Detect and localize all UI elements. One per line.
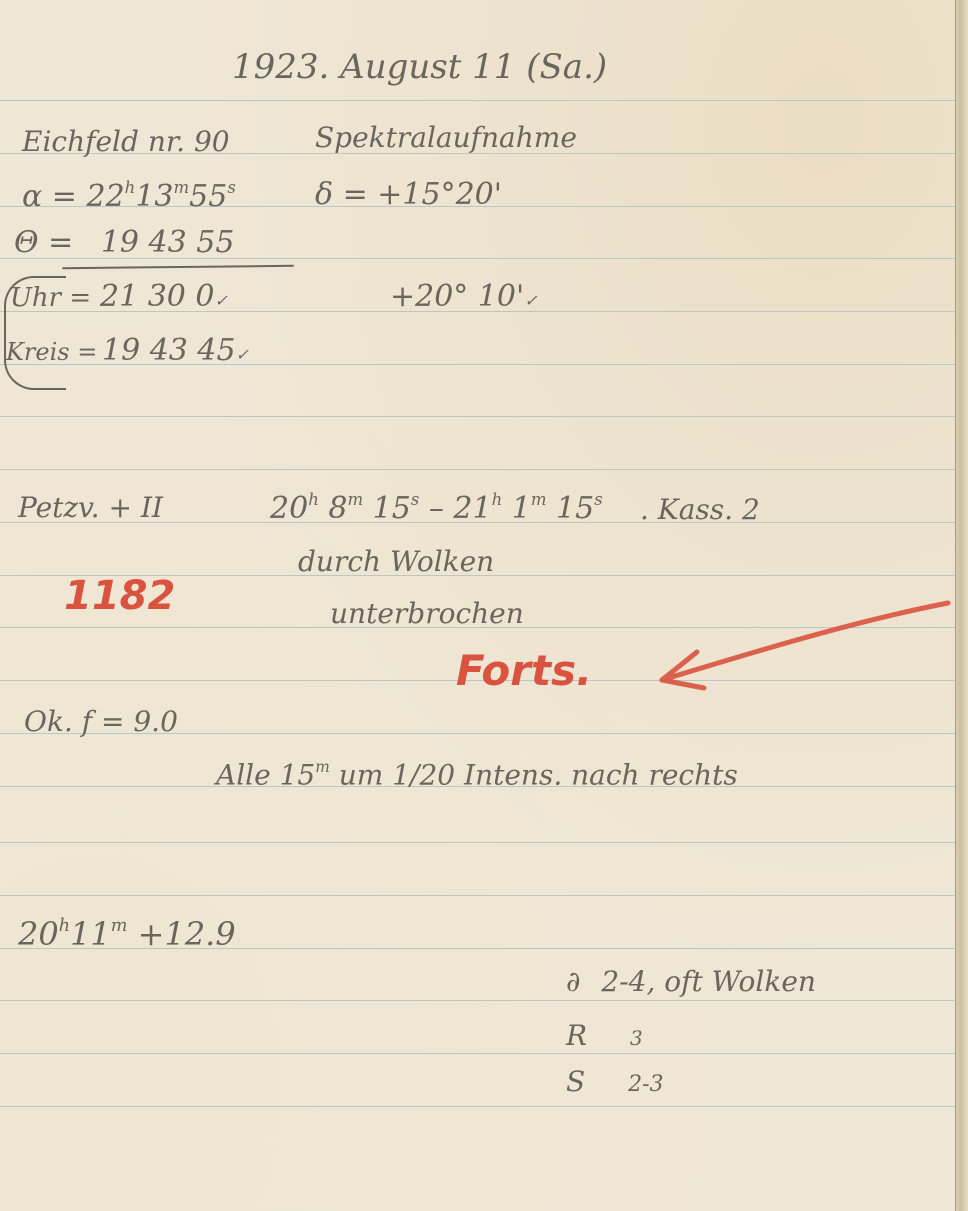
- instruction-line: Alle 15m um 1/20 Intens. nach rechts: [216, 760, 738, 789]
- notebook-page: 1923. August 11 (Sa.) Eichfeld nr. 90 Sp…: [0, 0, 968, 1211]
- condition-r: R 3: [566, 1022, 643, 1050]
- red-arrow-icon: [0, 0, 968, 1211]
- condition-s: S 2-3: [566, 1068, 664, 1096]
- ocular-setting: Ok. f = 9.0: [24, 708, 178, 736]
- condition-seeing: ∂ 2-4, oft Wolken: [566, 968, 816, 996]
- time-reading: 20h11m +12.9: [18, 918, 236, 950]
